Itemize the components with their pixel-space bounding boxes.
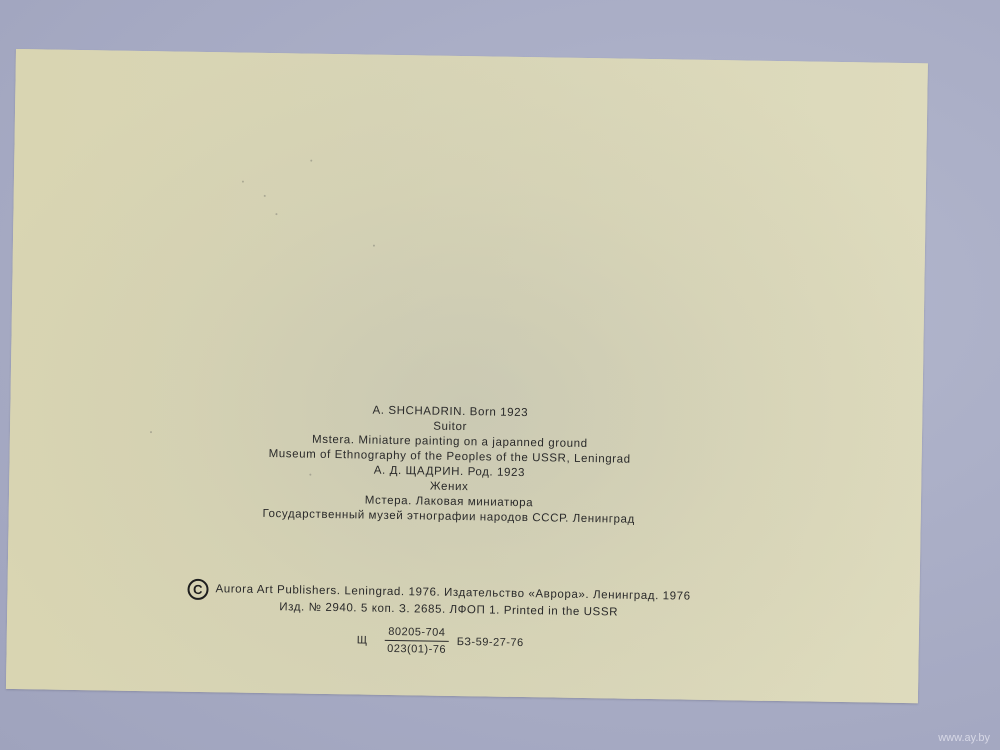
code-fraction: 80205-704 023(01)-76 [385, 626, 449, 656]
paper-speck [264, 195, 266, 197]
site-watermark: www.ay.by [938, 732, 990, 744]
publisher-imprint: C Aurora Art Publishers. Leningrad. 1976… [187, 582, 747, 623]
code-denominator: 023(01)-76 [385, 641, 449, 656]
paper-speck [275, 213, 277, 215]
postcard-back: A. SHCHADRIN. Born 1923 Suitor Mstera. M… [6, 49, 928, 703]
paper-speck [310, 160, 312, 162]
artwork-caption: A. SHCHADRIN. Born 1923 Suitor Mstera. M… [189, 401, 711, 529]
code-numerator: 80205-704 [385, 626, 449, 642]
code-prefix: Щ [357, 634, 368, 646]
paper-speck [373, 245, 375, 247]
code-suffix: БЗ-59-27-76 [457, 636, 524, 649]
copyright-icon: C [187, 579, 208, 600]
paper-speck [242, 181, 244, 183]
paper-speck [150, 431, 152, 433]
